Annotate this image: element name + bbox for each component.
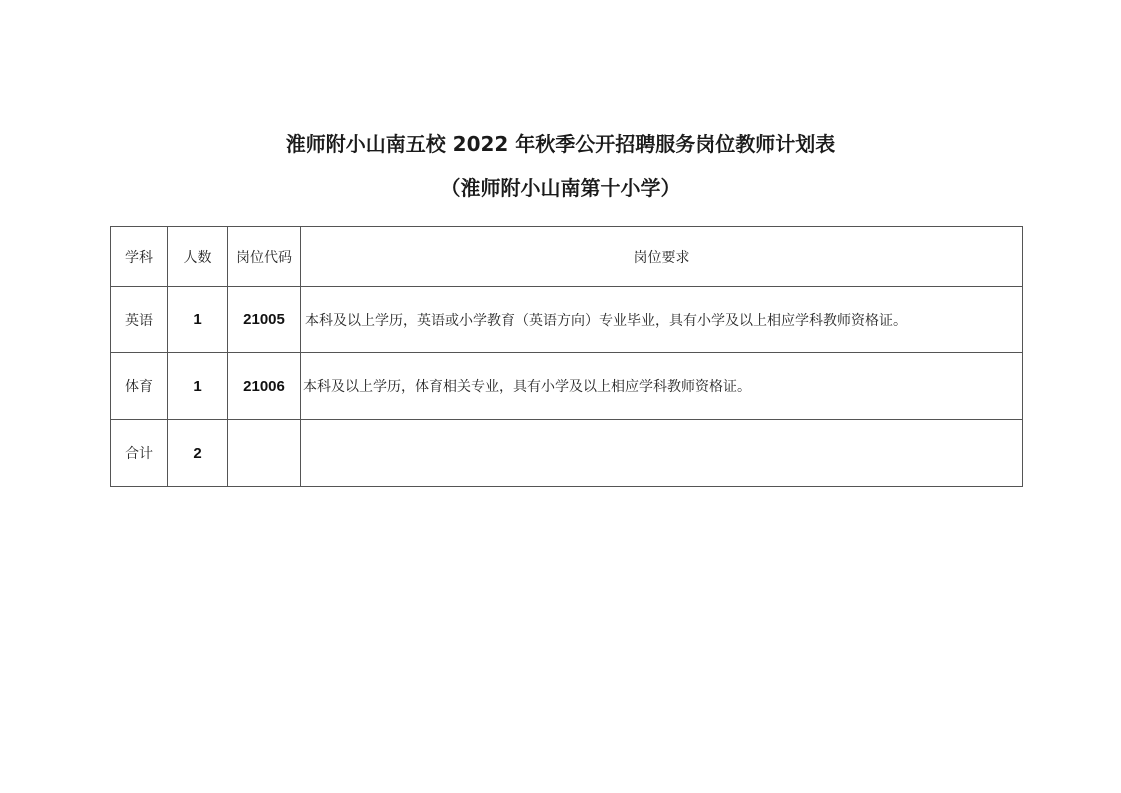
cell-total-code <box>228 420 301 487</box>
cell-total-label: 合计 <box>111 420 168 487</box>
table-total-row: 合计 2 <box>111 420 1023 487</box>
cell-total-requirements <box>301 420 1023 487</box>
header-code: 岗位代码 <box>228 227 301 287</box>
cell-code: 21005 <box>228 287 301 353</box>
document-title: 淮师附小山南五校 2022 年秋季公开招聘服务岗位教师计划表 <box>0 128 1121 157</box>
table-row: 体育 1 21006 本科及以上学历，体育相关专业，具有小学及以上相应学科教师资… <box>111 353 1023 420</box>
header-count: 人数 <box>168 227 228 287</box>
cell-count: 1 <box>168 287 228 353</box>
table-header-row: 学科 人数 岗位代码 岗位要求 <box>111 227 1023 287</box>
cell-subject: 英语 <box>111 287 168 353</box>
cell-total-count: 2 <box>168 420 228 487</box>
header-subject: 学科 <box>111 227 168 287</box>
document-subtitle: （淮师附小山南第十小学） <box>0 172 1121 201</box>
cell-requirements: 本科及以上学历，体育相关专业，具有小学及以上相应学科教师资格证。 <box>301 353 1023 420</box>
recruitment-plan-table: 学科 人数 岗位代码 岗位要求 英语 1 21005 本科及以上学历，英语或小学… <box>110 226 1023 487</box>
cell-code: 21006 <box>228 353 301 420</box>
cell-subject: 体育 <box>111 353 168 420</box>
cell-requirements: 本科及以上学历，英语或小学教育（英语方向）专业毕业，具有小学及以上相应学科教师资… <box>301 287 1023 353</box>
table-row: 英语 1 21005 本科及以上学历，英语或小学教育（英语方向）专业毕业，具有小… <box>111 287 1023 353</box>
cell-count: 1 <box>168 353 228 420</box>
header-requirements: 岗位要求 <box>301 227 1023 287</box>
